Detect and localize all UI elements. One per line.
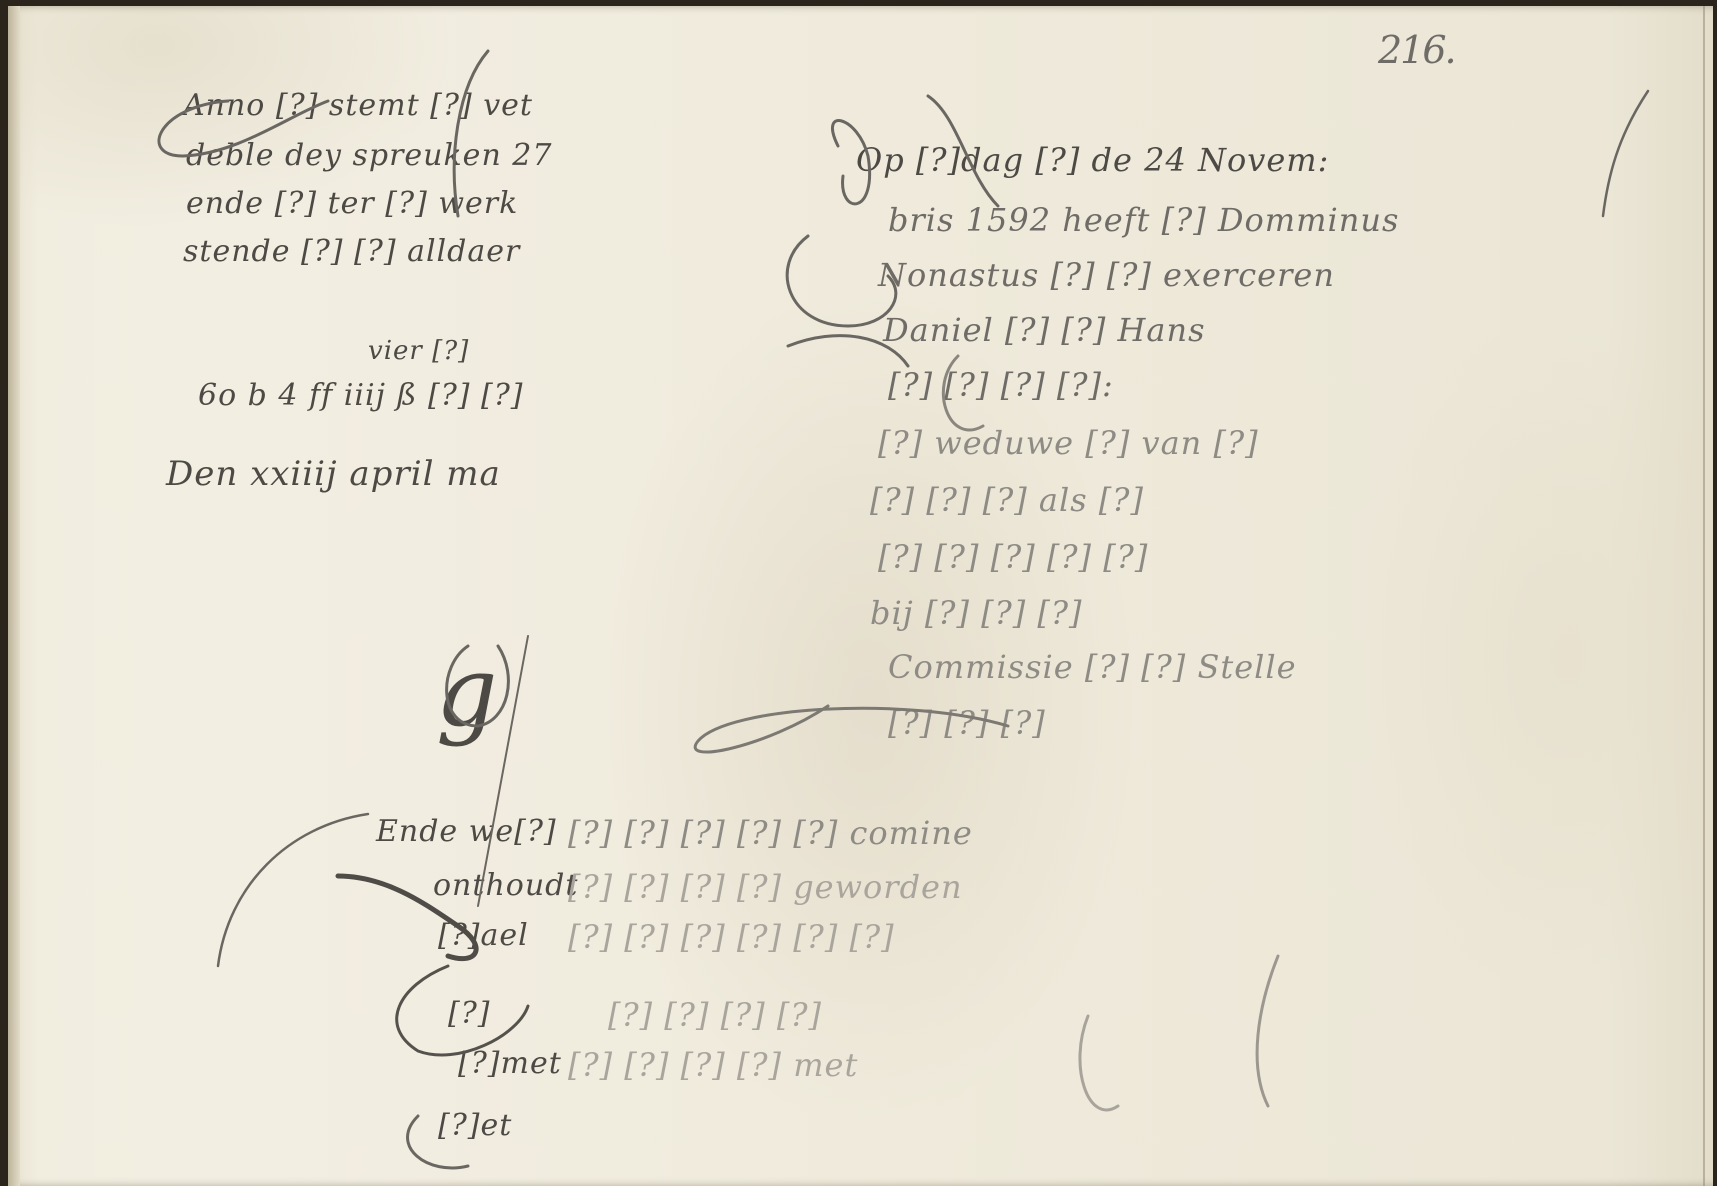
main-line-5: [?] [?] [?] [?]:: [888, 366, 1114, 404]
lower-margin-line-2: onthoudt: [433, 868, 578, 903]
lower-margin-line-5: [?]met: [458, 1046, 562, 1081]
main-line-3: Nonastus [?] [?] exerceren: [878, 256, 1335, 294]
main-line-7: [?] [?] [?] als [?]: [870, 481, 1144, 519]
second-entry-line-2: [?] [?] [?] [?] geworden: [568, 868, 963, 906]
main-line-1: Op [?]dag [?] de 24 Novem:: [856, 141, 1329, 179]
main-line-10: Commissie [?] [?] Stelle: [888, 648, 1297, 686]
date-line: Den xxiiij april ma: [166, 454, 501, 494]
main-line-4: Daniel [?] [?] Hans: [883, 311, 1206, 349]
main-line-8: [?] [?] [?] [?] [?]: [878, 538, 1148, 576]
margin-note-line-3: ende [?] ter [?] werk: [186, 186, 518, 221]
lower-margin-line-4: [?]: [448, 996, 491, 1031]
second-entry-line-5: [?] [?] [?] [?] met: [568, 1046, 858, 1084]
calligraphic-flourishes: [8, 6, 1713, 1186]
binding-edge: [8, 6, 20, 1186]
main-line-11: [?] [?] [?]: [888, 704, 1046, 742]
manuscript-page: 216. Anno [?] stemt [?] vet deble dey sp…: [8, 6, 1713, 1186]
main-line-2: bris 1592 heeft [?] Domminus: [888, 201, 1399, 239]
amount-line: 6o b 4 ff iiij ß [?] [?]: [198, 378, 524, 413]
main-line-9: bij [?] [?] [?]: [870, 594, 1083, 632]
lower-margin-line-3: [?]ael: [438, 918, 529, 953]
folio-number: 216.: [1378, 28, 1455, 72]
margin-note-line-2: deble dey spreuken 27: [186, 138, 552, 173]
main-line-6: [?] weduwe [?] van [?]: [878, 424, 1259, 462]
margin-mark: g: [436, 636, 498, 748]
lower-margin-line-6: [?]et: [438, 1108, 512, 1143]
margin-note-line-1: Anno [?] stemt [?] vet: [183, 88, 533, 123]
second-entry-line-4: [?] [?] [?] [?]: [608, 996, 822, 1034]
amount-superscript: vier [?]: [368, 336, 469, 366]
second-entry-line-3: [?] [?] [?] [?] [?] [?]: [568, 918, 895, 956]
second-entry-line-1: [?] [?] [?] [?] [?] comine: [568, 814, 973, 852]
margin-note-line-4: stende [?] [?] alldaer: [183, 234, 520, 269]
page-right-edge: [1703, 6, 1705, 1186]
lower-margin-line-1: Ende we[?]: [376, 814, 557, 849]
